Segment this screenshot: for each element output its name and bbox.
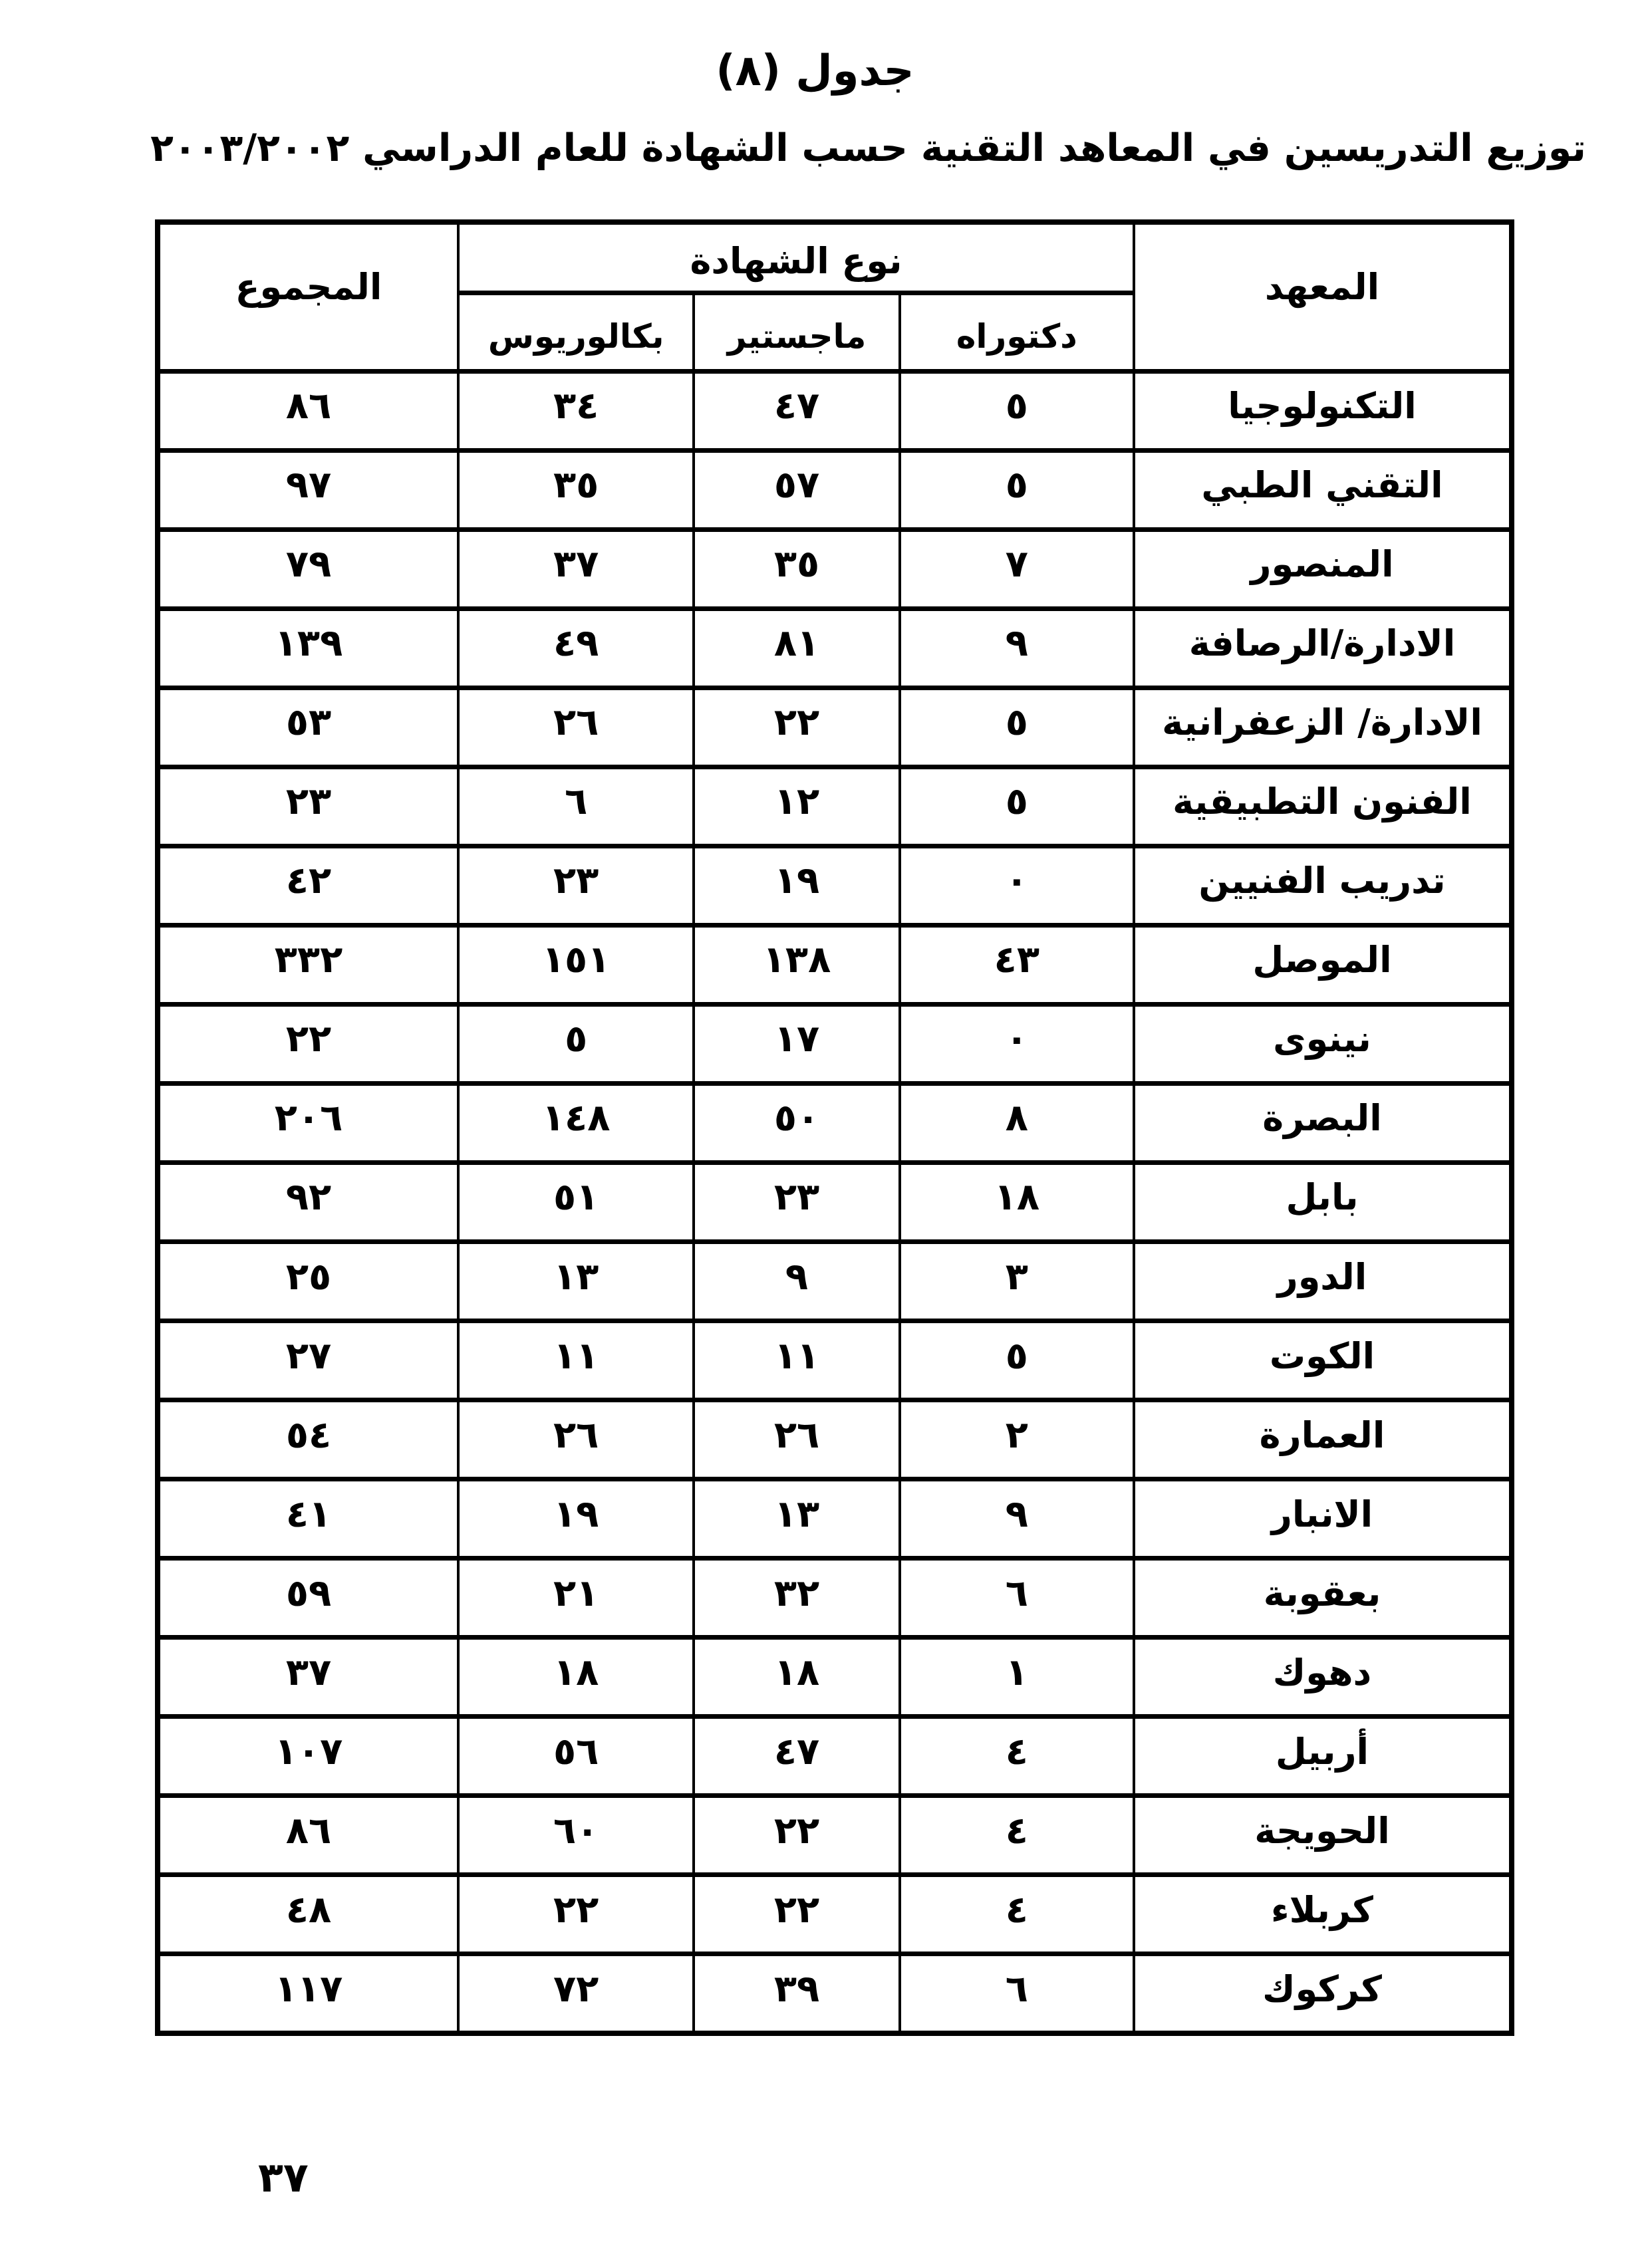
bachelors-cell: ٢٦ <box>458 1400 694 1479</box>
doctorate-cell: ١ <box>900 1638 1134 1717</box>
doctorate-cell: ٦ <box>900 1559 1134 1638</box>
bachelors-cell: ٤٩ <box>458 608 694 688</box>
header-doctorate: دكتوراه <box>900 293 1134 371</box>
page-title: جدول (٨) <box>0 47 1630 96</box>
masters-cell: ٤٧ <box>694 1717 899 1796</box>
doctorate-cell: ٣ <box>900 1242 1134 1321</box>
masters-cell: ٢٢ <box>694 688 899 767</box>
total-cell: ٥٩ <box>158 1559 458 1638</box>
bachelors-cell: ١٨ <box>458 1638 694 1717</box>
total-cell: ٢٧ <box>158 1321 458 1400</box>
bachelors-cell: ٧٢ <box>458 1954 694 2033</box>
masters-cell: ١١ <box>694 1321 899 1400</box>
bachelors-cell: ٢٦ <box>458 688 694 767</box>
distribution-table: المعهد نوع الشهادة المجموع دكتوراه ماجست… <box>155 219 1514 2036</box>
header-masters: ماجستير <box>694 293 899 371</box>
doctorate-cell: ٥ <box>900 688 1134 767</box>
masters-cell: ٤٧ <box>694 371 899 450</box>
doctorate-cell: ٠ <box>900 846 1134 925</box>
doctorate-cell: ٠ <box>900 1004 1134 1083</box>
header-total: المجموع <box>158 222 458 371</box>
doctorate-cell: ٦ <box>900 1954 1134 2033</box>
page-number: ٣٧ <box>258 2153 309 2202</box>
masters-cell: ١٩ <box>694 846 899 925</box>
masters-cell: ٢٢ <box>694 1875 899 1954</box>
institute-cell: الادارة/ الزعفرانية <box>1134 688 1512 767</box>
institute-cell: كربلاء <box>1134 1875 1512 1954</box>
institute-cell: الدور <box>1134 1242 1512 1321</box>
institute-cell: البصرة <box>1134 1083 1512 1162</box>
total-cell: ٩٧ <box>158 450 458 529</box>
masters-cell: ٣٢ <box>694 1559 899 1638</box>
table-row: الادارة/الرصافة ٩ ٨١ ٤٩ ١٣٩ <box>158 608 1512 688</box>
total-cell: ١٣٩ <box>158 608 458 688</box>
table-row: الكوت ٥ ١١ ١١ ٢٧ <box>158 1321 1512 1400</box>
bachelors-cell: ٣٥ <box>458 450 694 529</box>
table-row: دهوك ١ ١٨ ١٨ ٣٧ <box>158 1638 1512 1717</box>
institute-cell: نينوى <box>1134 1004 1512 1083</box>
institute-cell: تدريب الفنيين <box>1134 846 1512 925</box>
institute-cell: أربيل <box>1134 1717 1512 1796</box>
bachelors-cell: ٦ <box>458 767 694 846</box>
bachelors-cell: ١٥١ <box>458 925 694 1004</box>
bachelors-cell: ٢٢ <box>458 1875 694 1954</box>
masters-cell: ٨١ <box>694 608 899 688</box>
institute-cell: بابل <box>1134 1162 1512 1241</box>
doctorate-cell: ٤ <box>900 1796 1134 1875</box>
institute-cell: الانبار <box>1134 1479 1512 1559</box>
total-cell: ٤٢ <box>158 846 458 925</box>
doctorate-cell: ٥ <box>900 450 1134 529</box>
total-cell: ٧٩ <box>158 529 458 608</box>
header-certificate-type: نوع الشهادة <box>458 222 1134 293</box>
total-cell: ٤٨ <box>158 1875 458 1954</box>
masters-cell: ١٨ <box>694 1638 899 1717</box>
doctorate-cell: ١٨ <box>900 1162 1134 1241</box>
doctorate-cell: ٥ <box>900 371 1134 450</box>
table-row: أربيل ٤ ٤٧ ٥٦ ١٠٧ <box>158 1717 1512 1796</box>
masters-cell: ١٣٨ <box>694 925 899 1004</box>
bachelors-cell: ١١ <box>458 1321 694 1400</box>
total-cell: ٤١ <box>158 1479 458 1559</box>
institute-cell: الكوت <box>1134 1321 1512 1400</box>
table-row: الموصل ٤٣ ١٣٨ ١٥١ ٣٣٢ <box>158 925 1512 1004</box>
masters-cell: ١٢ <box>694 767 899 846</box>
page: جدول (٨) توزيع التدريسين في المعاهد التق… <box>0 0 1650 2268</box>
table-row: الفنون التطبيقية ٥ ١٢ ٦ ٢٣ <box>158 767 1512 846</box>
institute-cell: كركوك <box>1134 1954 1512 2033</box>
masters-cell: ١٣ <box>694 1479 899 1559</box>
table-row: الدور ٣ ٩ ١٣ ٢٥ <box>158 1242 1512 1321</box>
doctorate-cell: ٤ <box>900 1875 1134 1954</box>
institute-cell: دهوك <box>1134 1638 1512 1717</box>
table-row: تدريب الفنيين ٠ ١٩ ٢٣ ٤٢ <box>158 846 1512 925</box>
institute-cell: الموصل <box>1134 925 1512 1004</box>
doctorate-cell: ٨ <box>900 1083 1134 1162</box>
table-row: بابل ١٨ ٢٣ ٥١ ٩٢ <box>158 1162 1512 1241</box>
doctorate-cell: ٤٣ <box>900 925 1134 1004</box>
masters-cell: ٢٢ <box>694 1796 899 1875</box>
bachelors-cell: ١٣ <box>458 1242 694 1321</box>
table-row: البصرة ٨ ٥٠ ١٤٨ ٢٠٦ <box>158 1083 1512 1162</box>
institute-cell: الفنون التطبيقية <box>1134 767 1512 846</box>
doctorate-cell: ٢ <box>900 1400 1134 1479</box>
bachelors-cell: ١٩ <box>458 1479 694 1559</box>
total-cell: ٣٧ <box>158 1638 458 1717</box>
table-body: التكنولوجيا ٥ ٤٧ ٣٤ ٨٦ التقني الطبي ٥ ٥٧… <box>158 371 1512 2033</box>
bachelors-cell: ٥ <box>458 1004 694 1083</box>
bachelors-cell: ٦٠ <box>458 1796 694 1875</box>
total-cell: ٢٢ <box>158 1004 458 1083</box>
table-row: كربلاء ٤ ٢٢ ٢٢ ٤٨ <box>158 1875 1512 1954</box>
table-row: كركوك ٦ ٣٩ ٧٢ ١١٧ <box>158 1954 1512 2033</box>
total-cell: ٢٥ <box>158 1242 458 1321</box>
table-row: العمارة ٢ ٢٦ ٢٦ ٥٤ <box>158 1400 1512 1479</box>
doctorate-cell: ٤ <box>900 1717 1134 1796</box>
page-subtitle: توزيع التدريسين في المعاهد التقنية حسب ا… <box>0 126 1650 170</box>
doctorate-cell: ٩ <box>900 1479 1134 1559</box>
masters-cell: ٩ <box>694 1242 899 1321</box>
institute-cell: الحويجة <box>1134 1796 1512 1875</box>
total-cell: ٨٦ <box>158 371 458 450</box>
masters-cell: ٢٦ <box>694 1400 899 1479</box>
institute-cell: التكنولوجيا <box>1134 371 1512 450</box>
table-row: بعقوبة ٦ ٣٢ ٢١ ٥٩ <box>158 1559 1512 1638</box>
masters-cell: ٢٣ <box>694 1162 899 1241</box>
header-institute: المعهد <box>1134 222 1512 371</box>
bachelors-cell: ١٤٨ <box>458 1083 694 1162</box>
doctorate-cell: ٧ <box>900 529 1134 608</box>
table-row: الانبار ٩ ١٣ ١٩ ٤١ <box>158 1479 1512 1559</box>
total-cell: ٣٣٢ <box>158 925 458 1004</box>
table-row: الادارة/ الزعفرانية ٥ ٢٢ ٢٦ ٥٣ <box>158 688 1512 767</box>
institute-cell: المنصور <box>1134 529 1512 608</box>
total-cell: ٨٦ <box>158 1796 458 1875</box>
masters-cell: ٣٩ <box>694 1954 899 2033</box>
total-cell: ٢٣ <box>158 767 458 846</box>
total-cell: ١٠٧ <box>158 1717 458 1796</box>
bachelors-cell: ٣٤ <box>458 371 694 450</box>
table-row: المنصور ٧ ٣٥ ٣٧ ٧٩ <box>158 529 1512 608</box>
bachelors-cell: ٢٣ <box>458 846 694 925</box>
masters-cell: ٥٧ <box>694 450 899 529</box>
total-cell: ٥٣ <box>158 688 458 767</box>
total-cell: ٩٢ <box>158 1162 458 1241</box>
masters-cell: ١٧ <box>694 1004 899 1083</box>
doctorate-cell: ٥ <box>900 1321 1134 1400</box>
table-row: الحويجة ٤ ٢٢ ٦٠ ٨٦ <box>158 1796 1512 1875</box>
table-head: المعهد نوع الشهادة المجموع دكتوراه ماجست… <box>158 222 1512 371</box>
total-cell: ٢٠٦ <box>158 1083 458 1162</box>
bachelors-cell: ٥١ <box>458 1162 694 1241</box>
doctorate-cell: ٩ <box>900 608 1134 688</box>
table-row: التقني الطبي ٥ ٥٧ ٣٥ ٩٧ <box>158 450 1512 529</box>
institute-cell: التقني الطبي <box>1134 450 1512 529</box>
total-cell: ١١٧ <box>158 1954 458 2033</box>
header-bachelors: بكالوريوس <box>458 293 694 371</box>
institute-cell: الادارة/الرصافة <box>1134 608 1512 688</box>
table-row: التكنولوجيا ٥ ٤٧ ٣٤ ٨٦ <box>158 371 1512 450</box>
masters-cell: ٣٥ <box>694 529 899 608</box>
doctorate-cell: ٥ <box>900 767 1134 846</box>
institute-cell: العمارة <box>1134 1400 1512 1479</box>
table-row: نينوى ٠ ١٧ ٥ ٢٢ <box>158 1004 1512 1083</box>
total-cell: ٥٤ <box>158 1400 458 1479</box>
masters-cell: ٥٠ <box>694 1083 899 1162</box>
institute-cell: بعقوبة <box>1134 1559 1512 1638</box>
bachelors-cell: ٣٧ <box>458 529 694 608</box>
bachelors-cell: ٢١ <box>458 1559 694 1638</box>
bachelors-cell: ٥٦ <box>458 1717 694 1796</box>
